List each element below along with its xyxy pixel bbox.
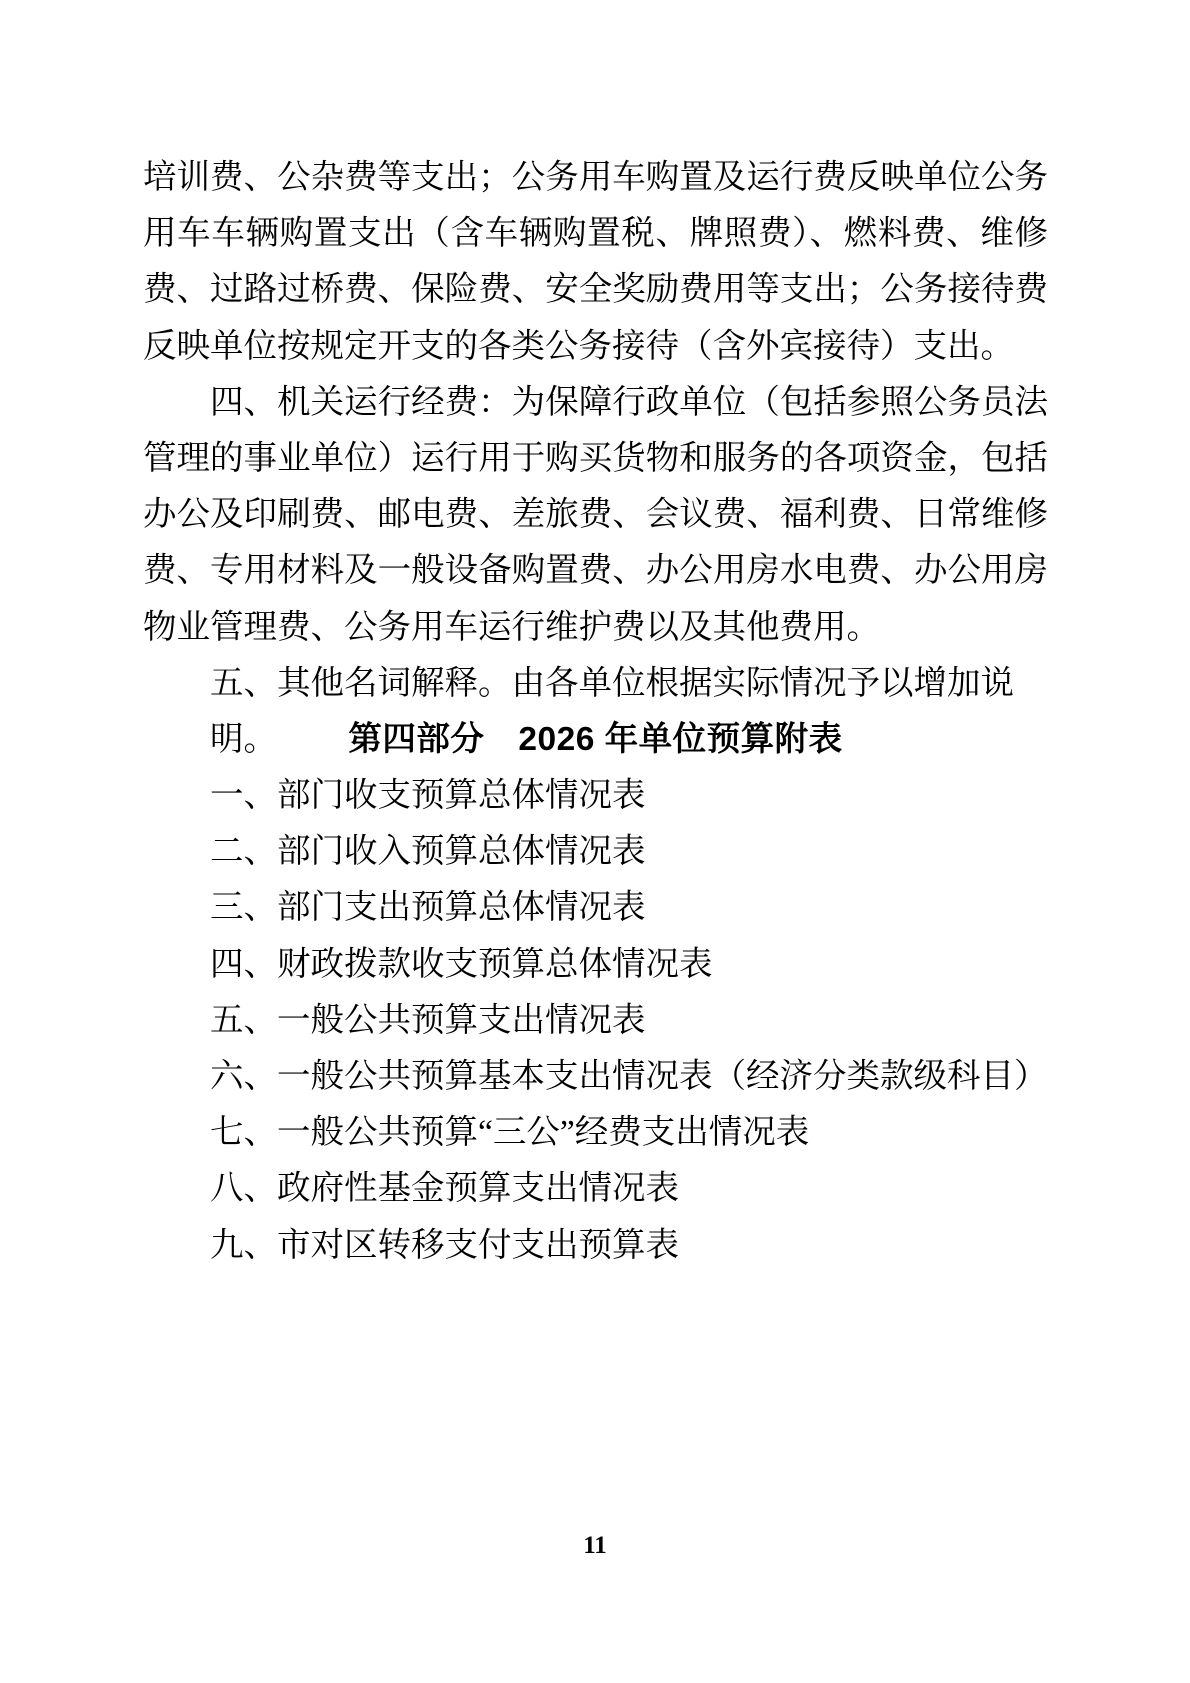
paragraph-line: 费、过路过桥费、保险费、安全奖励费用等支出；公务接待费 <box>143 262 1048 318</box>
section-heading: 第四部分 2026 年单位预算附表 <box>143 712 1048 768</box>
appendix-list-item: 八、政府性基金预算支出情况表 <box>143 1161 1048 1217</box>
paragraph-line: 办公及印刷费、邮电费、差旅费、会议费、福利费、日常维修 <box>143 487 1048 543</box>
appendix-list-item: 二、部门收入预算总体情况表 <box>143 824 1048 880</box>
appendix-list-block: 一、部门收支预算总体情况表二、部门收入预算总体情况表三、部门支出预算总体情况表四… <box>143 768 1048 1274</box>
document-page: 培训费、公杂费等支出；公务用车购置及运行费反映单位公务用车车辆购置支出（含车辆购… <box>0 0 1190 1683</box>
appendix-list-item: 三、部门支出预算总体情况表 <box>143 880 1048 936</box>
paragraph-line: 管理的事业单位）运行用于购买货物和服务的各项资金，包括 <box>143 431 1048 487</box>
paragraph-line: 用车车辆购置支出（含车辆购置税、牌照费）、燃料费、维修 <box>143 206 1048 262</box>
paragraph-line: 五、其他名词解释。由各单位根据实际情况予以增加说明。 <box>143 656 1048 712</box>
appendix-list-item: 六、一般公共预算基本支出情况表（经济分类款级科目） <box>143 1049 1048 1105</box>
paragraph-line: 费、专用材料及一般设备购置费、办公用房水电费、办公用房 <box>143 543 1048 599</box>
paragraph-line: 反映单位按规定开支的各类公务接待（含外宾接待）支出。 <box>143 319 1048 375</box>
appendix-list-item: 四、财政拨款收支预算总体情况表 <box>143 937 1048 993</box>
paragraph-line: 四、机关运行经费：为保障行政单位（包括参照公务员法 <box>143 375 1048 431</box>
paragraph-line: 培训费、公杂费等支出；公务用车购置及运行费反映单位公务 <box>143 150 1048 206</box>
appendix-list-item: 九、市对区转移支付支出预算表 <box>143 1218 1048 1274</box>
appendix-list-item: 七、一般公共预算“三公”经费支出情况表 <box>143 1105 1048 1161</box>
paragraph-line: 物业管理费、公务用车运行维护费以及其他费用。 <box>143 600 1048 656</box>
appendix-list-item: 一、部门收支预算总体情况表 <box>143 768 1048 824</box>
page-number: 11 <box>0 1532 1190 1560</box>
paragraphs-block: 培训费、公杂费等支出；公务用车购置及运行费反映单位公务用车车辆购置支出（含车辆购… <box>143 150 1048 712</box>
document-body: 培训费、公杂费等支出；公务用车购置及运行费反映单位公务用车车辆购置支出（含车辆购… <box>143 150 1048 1274</box>
appendix-list-item: 五、一般公共预算支出情况表 <box>143 993 1048 1049</box>
